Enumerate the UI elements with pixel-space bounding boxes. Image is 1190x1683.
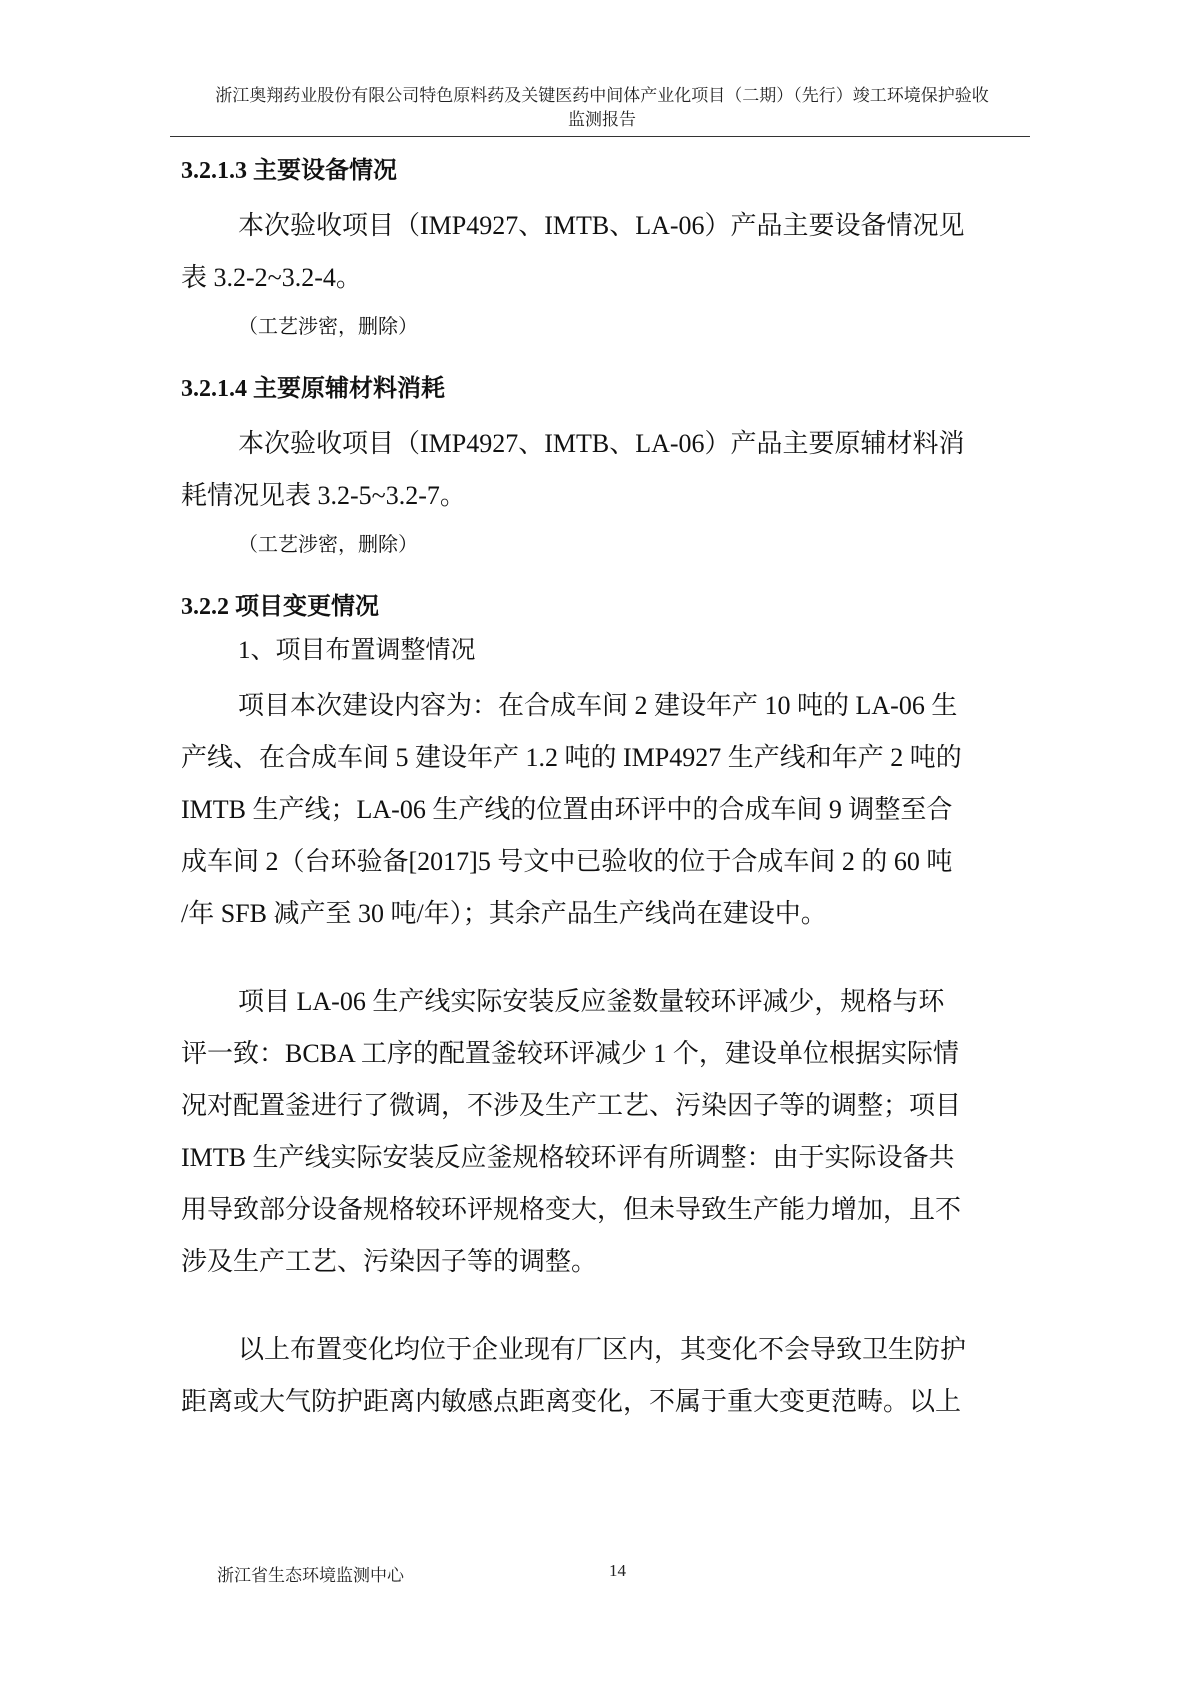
paragraph-line: 评一致：BCBA 工序的配置釜较环评减少 1 个，建设单位根据实际情 [181,1028,1019,1080]
paragraph-line: 况对配置釜进行了微调，不涉及生产工艺、污染因子等的调整；项目 [181,1080,1019,1132]
layout-change-paragraph-3: 以上布置变化均位于企业现有厂区内，其变化不会导致卫生防护 距离或大气防护距离内敏… [181,1324,1019,1428]
layout-change-paragraph-1: 项目本次建设内容为：在合成车间 2 建设年产 10 吨的 LA-06 生 产线、… [181,680,1019,940]
redaction-note: （工艺涉密，删除） [238,310,418,339]
paragraph-line: 本次验收项目（IMP4927、IMTB、LA-06）产品主要设备情况见 [181,200,1019,252]
paragraph-line: 表 3.2-2~3.2-4。 [181,252,1019,304]
paragraph-line: 项目 LA-06 生产线实际安装反应釜数量较环评减少，规格与环 [181,976,1019,1028]
paragraph-line: 用导致部分设备规格较环评规格变大，但未导致生产能力增加，且不 [181,1184,1019,1236]
paragraph-line: 涉及生产工艺、污染因子等的调整。 [181,1236,1019,1288]
page-number: 14 [609,1561,626,1581]
section-3-2-1-3-paragraph: 本次验收项目（IMP4927、IMTB、LA-06）产品主要设备情况见 表 3.… [181,200,1019,304]
header-title-line1: 浙江奥翔药业股份有限公司特色原料药及关键医药中间体产业化项目（二期）（先行）竣工… [172,84,1032,108]
paragraph-line: IMTB 生产线；LA-06 生产线的位置由环评中的合成车间 9 调整至合 [181,784,1019,836]
section-heading-3-2-1-3: 3.2.1.3 主要设备情况 [181,150,397,185]
paragraph-line: 距离或大气防护距离内敏感点距离变化，不属于重大变更范畴。以上 [181,1376,1019,1428]
paragraph-line: 耗情况见表 3.2-5~3.2-7。 [181,470,1019,522]
paragraph-line: 项目本次建设内容为：在合成车间 2 建设年产 10 吨的 LA-06 生 [181,680,1019,732]
header-title-line2: 监测报告 [172,108,1032,132]
header-divider [170,136,1030,137]
section-heading-3-2-1-4: 3.2.1.4 主要原辅材料消耗 [181,368,445,403]
footer-organization: 浙江省生态环境监测中心 [217,1561,404,1586]
paragraph-line: 以上布置变化均位于企业现有厂区内，其变化不会导致卫生防护 [181,1324,1019,1376]
page-header: 浙江奥翔药业股份有限公司特色原料药及关键医药中间体产业化项目（二期）（先行）竣工… [172,84,1032,132]
section-heading-3-2-2: 3.2.2 项目变更情况 [181,586,379,621]
section-3-2-1-4-paragraph: 本次验收项目（IMP4927、IMTB、LA-06）产品主要原辅材料消 耗情况见… [181,418,1019,522]
redaction-note: （工艺涉密，删除） [238,528,418,557]
paragraph-line: IMTB 生产线实际安装反应釜规格较环评有所调整：由于实际设备共 [181,1132,1019,1184]
layout-change-paragraph-2: 项目 LA-06 生产线实际安装反应釜数量较环评减少，规格与环 评一致：BCBA… [181,976,1019,1288]
subsection-item-1: 1、项目布置调整情况 [238,630,476,666]
paragraph-line: /年 SFB 减产至 30 吨/年）；其余产品生产线尚在建设中。 [181,888,1019,940]
paragraph-line: 成车间 2（台环验备[2017]5 号文中已验收的位于合成车间 2 的 60 吨 [181,836,1019,888]
paragraph-line: 产线、在合成车间 5 建设年产 1.2 吨的 IMP4927 生产线和年产 2 … [181,732,1019,784]
paragraph-line: 本次验收项目（IMP4927、IMTB、LA-06）产品主要原辅材料消 [181,418,1019,470]
